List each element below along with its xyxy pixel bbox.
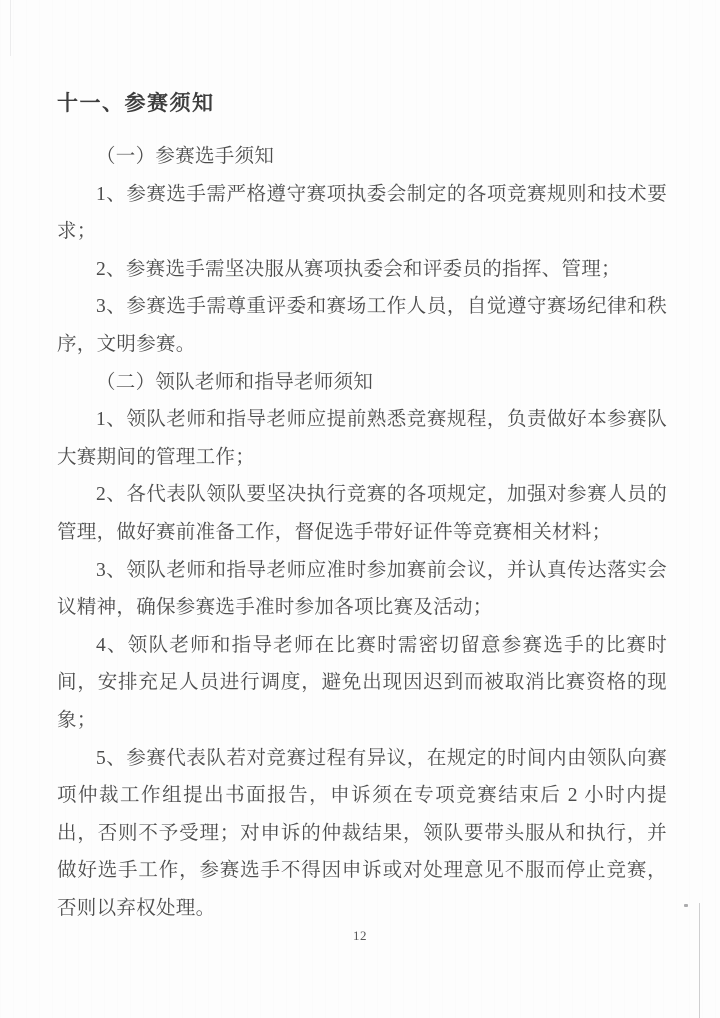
scan-artifact-left: [10, 0, 11, 56]
paragraph-contestant-rule-1: 1、参赛选手需严格遵守赛项执委会制定的各项竞赛规则和技术要求；: [57, 176, 667, 251]
page-number: 12: [353, 928, 367, 943]
paragraph-leader-rule-5: 5、参赛代表队若对竞赛过程有异议，在规定的时间内由领队向赛项仲裁工作组提出书面报…: [57, 740, 667, 928]
subsection-title-team-leaders: （二）领队老师和指导老师须知: [57, 364, 667, 402]
page-footer: 12: [0, 927, 720, 945]
paragraph-contestant-rule-3: 3、参赛选手需尊重评委和赛场工作人员，自觉遵守赛场纪律和秩序，文明参赛。: [57, 288, 667, 363]
scan-artifact-speck: [684, 904, 688, 907]
paragraph-leader-rule-1: 1、领队老师和指导老师应提前熟悉竞赛规程，负责做好本参赛队大赛期间的管理工作；: [57, 401, 667, 476]
document-page: 十一、参赛须知 （一）参赛选手须知 1、参赛选手需严格遵守赛项执委会制定的各项竞…: [0, 0, 720, 1018]
paragraph-contestant-rule-2: 2、参赛选手需坚决服从赛项执委会和评委员的指挥、管理；: [57, 251, 667, 289]
paragraph-leader-rule-3: 3、领队老师和指导老师应准时参加赛前会议，并认真传达落实会议精神，确保参赛选手准…: [57, 552, 667, 627]
paragraph-leader-rule-2: 2、各代表队领队要坚决执行竞赛的各项规定，加强对参赛人员的管理，做好赛前准备工作…: [57, 476, 667, 551]
scan-artifact-right: [699, 903, 700, 1018]
paragraph-leader-rule-4: 4、领队老师和指导老师在比赛时需密切留意参赛选手的比赛时间，安排充足人员进行调度…: [57, 627, 667, 740]
subsection-title-contestants: （一）参赛选手须知: [57, 138, 667, 176]
section-heading: 十一、参赛须知: [57, 89, 667, 117]
